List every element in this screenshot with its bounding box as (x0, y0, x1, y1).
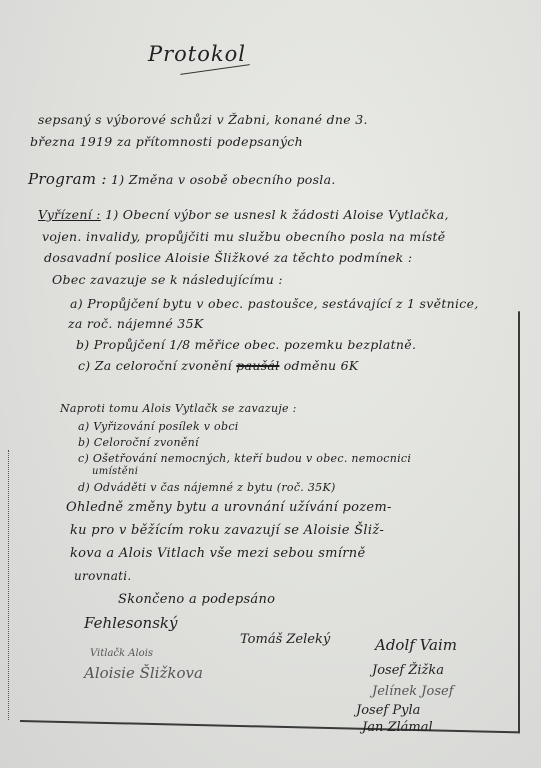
obec-item-b: b) Propůjčení 1/8 měřice obec. pozemku b… (76, 337, 416, 352)
resolution-text: 1) Obecní výbor se usnesl k žádosti Aloi… (105, 207, 449, 222)
signature-right-4: Josef Pyla (356, 703, 420, 718)
signature-middle-1: Tomáš Zeleký (240, 632, 330, 647)
obec-intro: Obec zavazuje se k následujícímu : (52, 272, 283, 287)
resolution-line-3: dosavadní poslice Aloisie Šližkové za tě… (44, 250, 412, 265)
concluded-line: Skončeno a podepsáno (118, 592, 275, 607)
vytlacek-item-a: a) Vyřizování posílek v obci (78, 420, 239, 433)
closing-line-4: urovnati. (74, 569, 132, 583)
signature-right-5: Jan Zlámal (362, 720, 433, 735)
signature-right-3: Jelínek Josef (372, 684, 454, 699)
resolution-label: Vyřízení : (38, 207, 101, 222)
obec-item-c-text: c) Za celoroční zvonění (78, 358, 232, 373)
document-title: Protokol (148, 42, 246, 66)
obec-item-c-tail: odměnu 6K (284, 358, 359, 373)
header-line-1: sepsaný s výborové schůzi v Žabni, konan… (38, 112, 368, 127)
program-label: Program : (28, 170, 107, 188)
handwritten-document: Protokol sepsaný s výborové schůzi v Žab… (0, 0, 541, 768)
vytlacek-item-b: b) Celoroční zvonění (78, 436, 199, 449)
vytlacek-item-d: d) Odváděti v čas nájemné z bytu (roč. 3… (78, 481, 336, 494)
resolution-line-1: Vyřízení : 1) Obecní výbor se usnesl k ž… (38, 207, 449, 222)
program-section: Program : 1) Změna v osobě obecního posl… (28, 170, 336, 188)
obec-item-a: a) Propůjčení bytu v obec. pastoušce, se… (70, 296, 479, 311)
resolution-line-2: vojen. invalidy, propůjčiti mu službu ob… (42, 229, 446, 244)
obec-item-c: c) Za celoroční zvonění paušál odměnu 6K (78, 358, 359, 373)
closing-line-2: ku pro v běžícím roku zavazují se Aloisi… (70, 523, 384, 538)
vytlacek-item-c: c) Ošetřování nemocných, kteří budou v o… (78, 452, 411, 465)
closing-line-3: kova a Alois Vitlach vše mezi sebou smír… (70, 546, 365, 561)
vytlacek-intro: Naproti tomu Alois Vytlačk se zavazuje : (60, 402, 297, 415)
header-line-2: března 1919 za přítomnosti podepsaných (30, 134, 303, 149)
signature-left-2: Vitlačk Alois (90, 648, 153, 659)
struck-word: paušál (236, 358, 279, 373)
signature-left-3: Aloisie Šližkova (84, 664, 203, 682)
signature-right-1: Adolf Vaim (375, 636, 457, 654)
closing-line-1: Ohledně změny bytu a urovnání užívání po… (66, 500, 392, 515)
obec-item-a-cont: za roč. nájemné 35K (68, 316, 203, 331)
program-item: 1) Změna v osobě obecního posla. (111, 172, 336, 187)
vytlacek-item-c-cont: umístěni (92, 466, 138, 477)
signature-left-1: Fehlesonský (84, 614, 177, 632)
signature-right-2: Josef Žižka (372, 663, 444, 678)
